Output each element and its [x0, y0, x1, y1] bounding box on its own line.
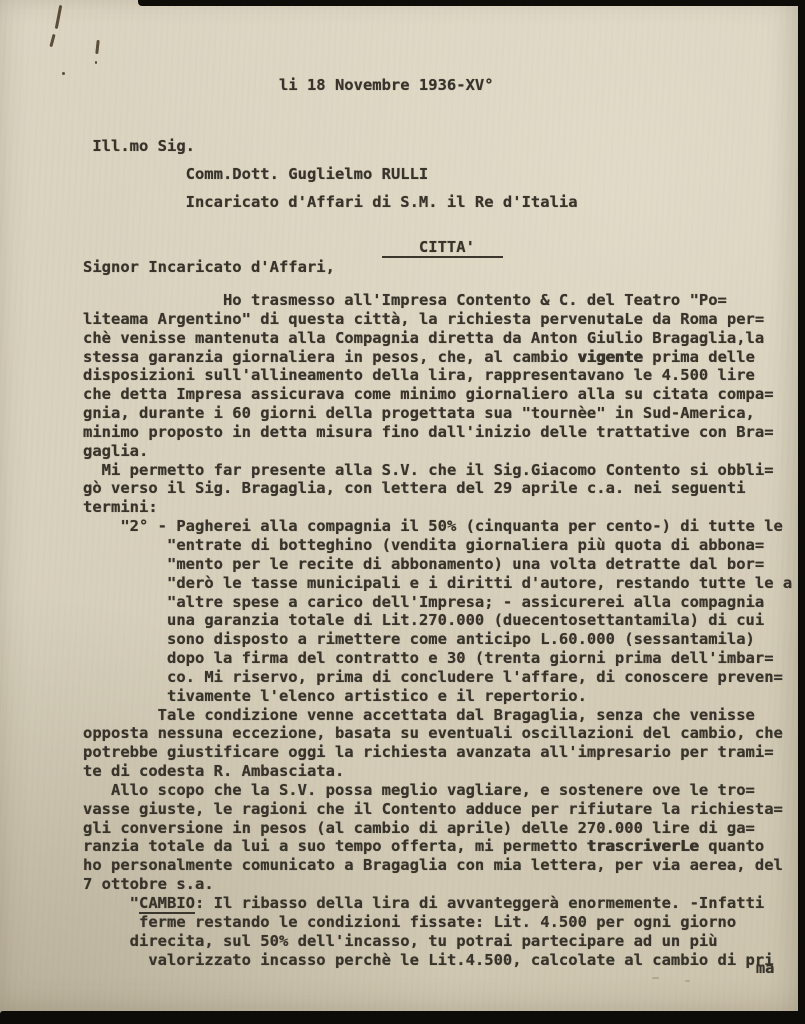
recipient-name: Comm.Dott. Guglielmo RULLI [186, 165, 429, 184]
photo-edge-right [798, 0, 805, 1024]
letter-line: termini: [83, 498, 792, 517]
letter-line: "derò le tasse municipali e i diritti d'… [83, 574, 792, 593]
document-page: li 18 Novembre 1936-XV° Ill.mo Sig. Comm… [0, 0, 805, 1024]
letter-line: gnia, durante i 60 giorni della progetta… [83, 404, 792, 423]
letter-line: chè venisse mantenuta alla Compagnia dir… [83, 329, 792, 348]
photo-edge-top [138, 0, 805, 6]
handwritten-mark [95, 40, 99, 54]
recipient-title: Incaricato d'Affari di S.M. il Re d'Ital… [186, 193, 578, 212]
recipient-city: CITTA' [382, 238, 503, 258]
dust-speck [652, 977, 659, 979]
letter-line: gaglia. [83, 442, 792, 461]
letter-line: minimo proposto in detta misura fino dal… [83, 423, 792, 442]
letter-line: potrebbe giustificare oggi la richiesta … [83, 743, 792, 762]
letter-line: valorizzato incasso perchè le Lit.4.500,… [83, 951, 792, 970]
handwritten-mark [62, 72, 65, 75]
letter-line: stessa garanzia giornaliera in pesos, ch… [83, 348, 792, 367]
letter-line: gli conversione in pesos (al cambio di a… [83, 819, 792, 838]
salutation: Signor Incaricato d'Affari, [83, 258, 335, 277]
letter-line: Mi permetto far presente alla S.V. che i… [83, 461, 792, 480]
letter-line: tivamente l'elenco artistico e il repert… [83, 687, 792, 706]
letter-line: "entrate di botteghino (vendita giornali… [83, 536, 792, 555]
letter-line: opposta nessuna eccezione, basata su eve… [83, 724, 792, 743]
recipient-city-line: CITTA' [344, 219, 503, 276]
letter-line: direcita, sul 50% dell'incasso, tu potra… [83, 932, 792, 951]
letter-line: "CAMBIO: Il ribasso della lira di avvant… [83, 894, 792, 913]
letter-line: Ho trasmesso all'Impresa Contento & C. d… [83, 291, 792, 310]
handwritten-mark [55, 5, 63, 29]
letter-line: gò verso il Sig. Bragaglia, con lettera … [83, 479, 792, 498]
letter-line: dopo la firma del contratto e 30 (trenta… [83, 649, 792, 668]
letter-line: "2° - Pagherei alla compagnia il 50% (ci… [83, 517, 792, 536]
letter-line: "altre spese a carico dell'Impresa; - as… [83, 593, 792, 612]
letter-line: Tale condizione venne accettata dal Brag… [83, 706, 792, 725]
letter-line: co. Mi riservo, prima di concludere l'af… [83, 668, 792, 687]
letter-body: Ho trasmesso all'Impresa Contento & C. d… [83, 291, 792, 969]
date-line: li 18 Novembre 1936-XV° [279, 76, 494, 95]
recipient-honorific: Ill.mo Sig. [92, 137, 195, 156]
letter-line: liteama Argentino" di questa città, la r… [83, 310, 792, 329]
dust-speck [685, 980, 690, 982]
letter-line: vasse giuste, le ragioni che il Contento… [83, 800, 792, 819]
letter-line: ranzia totale da lui a suo tempo offerta… [83, 837, 792, 856]
letter-line: "mento per le recite di abbonamento) una… [83, 555, 792, 574]
photo-edge-bottom [0, 1011, 805, 1024]
letter-line: disposizioni sull'allineamento della lir… [83, 366, 792, 385]
letter-line: Allo scopo che la S.V. possa meglio vagl… [83, 781, 792, 800]
letter-line: 7 ottobre s.a. [83, 875, 792, 894]
letter-line: ferme restando le condizioni fissate: Li… [83, 913, 792, 932]
letter-line: te di codesta R. Ambasciata. [83, 762, 792, 781]
letter-line: che detta Impresa assicurava come minimo… [83, 385, 792, 404]
letter-line: ho personalmente comunicato a Bragaglia … [83, 856, 792, 875]
handwritten-mark [49, 34, 55, 47]
letter-line: una garanzia totale di Lit.270.000 (duec… [83, 611, 792, 630]
handwritten-mark [95, 61, 97, 64]
letter-line: sono disposto a rimettere come anticipo … [83, 630, 792, 649]
